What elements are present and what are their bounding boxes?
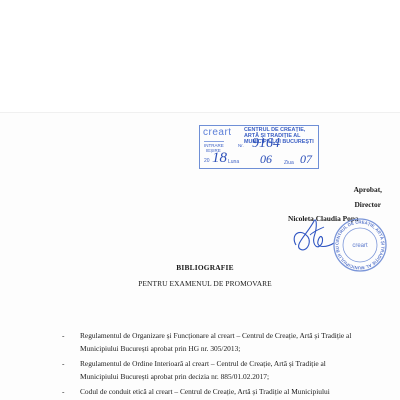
bullet-dash: -: [62, 330, 64, 343]
stamp-luna-label: Luna: [228, 159, 239, 165]
list-item-text: Regulamentul de Ordine Interioară al cre…: [80, 359, 326, 381]
stamp-year-prefix: 20: [204, 158, 210, 164]
document-title: BIBLIOGRAFIE: [0, 263, 400, 272]
bullet-dash: -: [62, 358, 64, 371]
registration-stamp: creart CENTRUL DE CREAȚIE, ARTĂ ȘI TRADI…: [199, 125, 319, 169]
stamp-ziua-value: 07: [300, 152, 312, 167]
approval-role: Director: [280, 198, 388, 213]
stamp-nr-label: Nr.: [238, 143, 244, 148]
list-item-text: Codul de conduit etică al creart – Centr…: [80, 387, 330, 396]
document-subtitle: PENTRU EXAMENUL DE PROMOVARE: [0, 279, 400, 288]
stamp-logo: creart: [203, 127, 232, 138]
bibliography-list: -Regulamentul de Organizare și Funcționa…: [62, 330, 362, 400]
signature-icon: [288, 215, 338, 260]
bullet-dash: -: [62, 386, 64, 399]
stamp-intrare-label: INTRARE: [204, 141, 224, 148]
stamp-year-value: 18: [212, 150, 227, 167]
approval-line: Aprobat,: [280, 183, 388, 198]
stamp-luna-value: 06: [260, 152, 272, 167]
stamp-nr-value: 9164: [252, 136, 280, 152]
stamp-ziua-label: Ziua: [284, 160, 294, 166]
list-item: -Regulamentul de Organizare și Funcționa…: [62, 330, 362, 355]
list-item: -Regulamentul de Ordine Interioară al cr…: [62, 358, 362, 383]
list-item-text: Regulamentul de Organizare și Funcționar…: [80, 331, 351, 353]
list-item: -Codul de conduit etică al creart – Cent…: [62, 386, 362, 399]
svg-text:creart: creart: [352, 243, 368, 249]
